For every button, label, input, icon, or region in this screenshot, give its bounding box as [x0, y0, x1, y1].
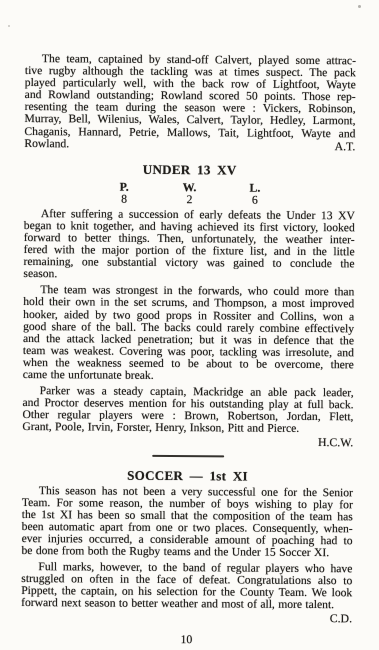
author-initials: H.C.W. [22, 434, 353, 448]
ink-speck [358, 5, 361, 8]
section-heading: UNDER 13 XV [24, 162, 355, 177]
stat-lost: 6 [222, 193, 287, 205]
section-divider [152, 454, 224, 457]
results-table: P. W. L. 8 2 6 [91, 180, 287, 205]
section-under-13-xv: UNDER 13 XV P. W. L. 8 2 6 After sufferi… [22, 162, 355, 449]
paragraph: This season has not been a very successf… [21, 485, 352, 560]
text-block: The team, captained by stand-off Calvert… [21, 53, 356, 646]
stat-played: 8 [91, 192, 156, 204]
text-line: forward next season to better weather an… [21, 597, 352, 611]
page-number: 10 [21, 632, 352, 646]
ink-speck [8, 25, 10, 27]
text-line: remaining, one substantial victory was g… [23, 256, 354, 270]
paragraph: After suffering a succession of early de… [23, 208, 354, 283]
paragraph: Parker was a steady captain, Mackridge a… [22, 385, 353, 436]
text-line: Chaganis, Hannard, Petrie, Mallows, Tait… [24, 126, 355, 140]
section-soccer-1st-xi: SOCCER — 1st XI This season has not been… [21, 468, 353, 625]
paragraph: The team was strongest in the forwards, … [23, 284, 355, 383]
stat-won: 2 [157, 193, 222, 205]
text-line: Grant, Poole, Irvin, Forster, Henry, Ink… [22, 421, 353, 435]
scanned-page: The team, captained by stand-off Calvert… [0, 0, 379, 650]
paragraph: The team, captained by stand-off Calvert… [24, 53, 356, 152]
text-line: be done from both the Rugby teams and th… [21, 545, 352, 559]
author-initials: C.D. [21, 610, 352, 624]
section-heading: SOCCER — 1st XI [22, 468, 353, 483]
text-line: season. [23, 268, 354, 282]
paragraph: Full marks, however, to the band of regu… [21, 561, 352, 612]
text-line: came the unfortunate break. [23, 369, 354, 383]
section-senior-rugby-report: The team, captained by stand-off Calvert… [24, 53, 356, 152]
results-table-value-row: 8 2 6 [91, 192, 287, 205]
